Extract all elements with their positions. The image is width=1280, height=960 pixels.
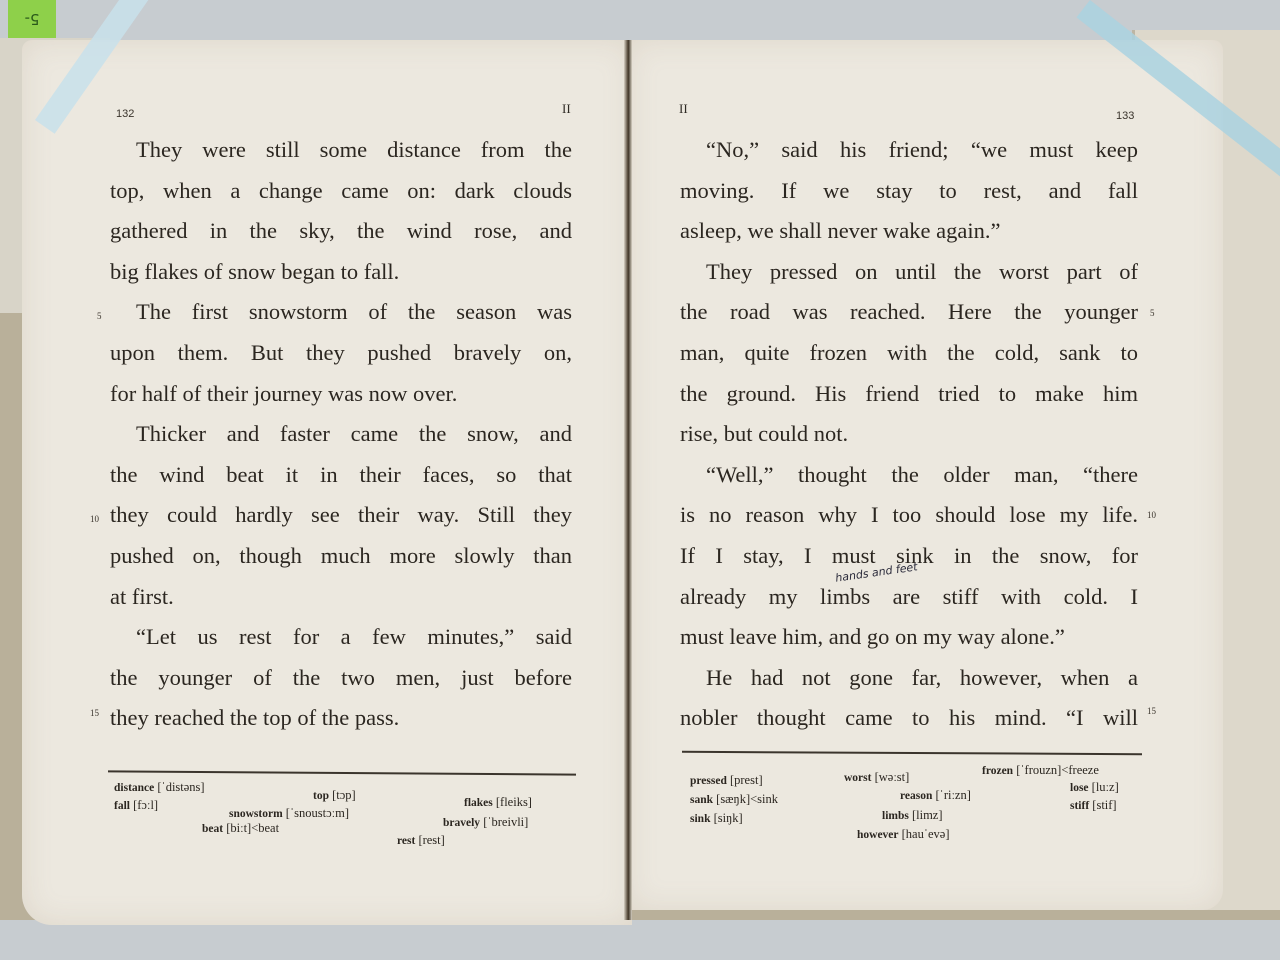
text-line: They were still some distance from the: [110, 130, 572, 171]
text-line: is no reason why I too should lose my li…: [680, 495, 1138, 536]
text-line: “No,” said his friend; “we must keep: [680, 130, 1138, 171]
text-line: they could hardly see their way. Still t…: [110, 495, 572, 536]
text-line: pushed on, though much more slowly than: [110, 536, 572, 577]
text-line: “Well,” thought the older man, “there: [680, 455, 1138, 496]
text-line: They pressed on until the worst part of: [680, 252, 1138, 293]
page-number-right: 133: [1116, 110, 1134, 122]
right-page-body: “No,” said his friend; “we must keep mov…: [680, 130, 1138, 739]
text-line: nobler thought came to his mind. “I will: [680, 698, 1138, 739]
text-line: must leave him, and go on my way alone.”: [680, 617, 1138, 658]
gloss-entry: flakes [fleiks]: [464, 795, 532, 810]
text-line: the wind beat it in their faces, so that: [110, 455, 572, 496]
book-gutter: [624, 40, 632, 920]
gloss-entry: however [hauˈevə]: [857, 827, 950, 842]
line-number-10-left: 10: [90, 514, 99, 524]
text-line: man, quite frozen with the cold, sank to: [680, 333, 1138, 374]
text-line: gathered in the sky, the wind rose, and: [110, 211, 572, 252]
text-line: the road was reached. Here the younger: [680, 292, 1138, 333]
gloss-entry: beat [biːt]<beat: [202, 821, 279, 836]
gloss-entry: rest [rest]: [397, 833, 445, 848]
chapter-header-right: II: [679, 101, 688, 117]
text-line: “Let us rest for a few minutes,” said: [110, 617, 572, 658]
gloss-entry: distance [ˈdistəns]: [114, 780, 205, 795]
sticky-note: 5-109): [8, 0, 56, 38]
gloss-entry: pressed [prest]: [690, 773, 763, 788]
text-line: the younger of the two men, just before: [110, 658, 572, 699]
line-number-10-right: 10: [1147, 510, 1156, 520]
gloss-entry: snowstorm [ˈsnoustɔːm]: [229, 806, 349, 821]
text-line: at first.: [110, 577, 572, 618]
line-number-5-left: 5: [97, 311, 102, 321]
text-line: asleep, we shall never wake again.”: [680, 211, 1138, 252]
text-line: upon them. But they pushed bravely on,: [110, 333, 572, 374]
gloss-entry: reason [ˈriːzn]: [900, 788, 971, 803]
gloss-entry: top [tɔp]: [313, 788, 356, 803]
line-number-15-left: 15: [90, 708, 99, 718]
page-number-left: 132: [116, 108, 134, 120]
text-line: big flakes of snow began to fall.: [110, 252, 572, 293]
line-number-5-right: 5: [1150, 308, 1155, 318]
text-line: they reached the top of the pass.: [110, 698, 572, 739]
gloss-entry: sink [siŋk]: [690, 811, 743, 826]
gloss-entry: sank [sæŋk]<sink: [690, 792, 778, 807]
left-page-body: They were still some distance from the t…: [110, 130, 572, 739]
text-line: Thicker and faster came the snow, and: [110, 414, 572, 455]
gloss-entry: stiff [stif]: [1070, 798, 1117, 813]
text-line: for half of their journey was now over.: [110, 374, 572, 415]
text-line: The first snowstorm of the season was: [110, 292, 572, 333]
gloss-entry: bravely [ˈbreivli]: [443, 815, 528, 830]
gloss-entry: worst [wəːst]: [844, 770, 909, 785]
line-number-15-right: 15: [1147, 706, 1156, 716]
text-line: top, when a change came on: dark clouds: [110, 171, 572, 212]
text-line: rise, but could not.: [680, 414, 1138, 455]
gloss-entry: fall [fɔːl]: [114, 798, 158, 813]
text-line: the ground. His friend tried to make him: [680, 374, 1138, 415]
text-line: He had not gone far, however, when a: [680, 658, 1138, 699]
chapter-header-left: II: [562, 101, 571, 117]
text-line: already my limbs are stiff with cold. I: [680, 577, 1138, 618]
gloss-entry: lose [luːz]: [1070, 780, 1119, 795]
text-line: moving. If we stay to rest, and fall: [680, 171, 1138, 212]
gloss-entry: limbs [limz]: [882, 808, 943, 823]
gloss-entry: frozen [ˈfrouzn]<freeze: [982, 763, 1099, 778]
